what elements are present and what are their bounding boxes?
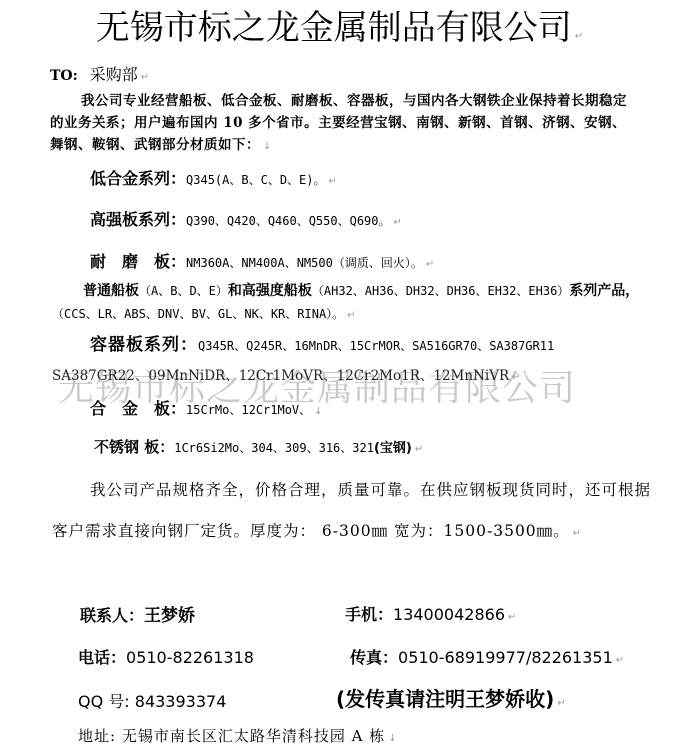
spec-container-plate: 容器板系列：Q345R、Q245R、16MnDR、15CrMOR、SA516GR…	[90, 330, 554, 355]
line-break-mark: ↓	[314, 406, 322, 417]
spec-value: 15CrMo、12Cr1MoV、	[186, 403, 311, 417]
spec-value: 1Cr6Si2Mo、304、309、316、321	[174, 441, 374, 455]
ship-label-1: 普通船板	[83, 283, 139, 299]
company-title: 无锡市标之龙金属制品有限公司↵	[0, 0, 679, 49]
to-value: 采购部	[90, 65, 138, 84]
ship-label-2: 和高强度船板	[228, 283, 312, 299]
intro-text: 我公司专业经营船板、低合金板、耐磨板、容器板，与国内各大钢铁企业保持着长期稳定的…	[50, 93, 627, 153]
qq-label: QQ 号:	[78, 692, 130, 711]
contact-phone: 电话：0510-82261318	[78, 645, 254, 668]
contact-person-label: 联系人：	[80, 606, 144, 625]
spec-value: NM360A、NM400A、NM500（调质、回火）。	[186, 256, 423, 270]
spec-stainless-plate: 不锈钢 板：1Cr6Si2Mo、304、309、316、321(宝钢)↵	[94, 436, 423, 457]
paragraph-mark: ↵	[512, 372, 520, 383]
contact-person-name: 王梦娇	[144, 606, 195, 626]
spec-label: 容器板系列：	[90, 335, 198, 355]
phone-label: 电话：	[78, 648, 126, 667]
contact-mobile: 手机：13400042866↵	[345, 602, 516, 625]
products-paragraph: 我公司产品规格齐全，价格合理，质量可靠。在供应钢板现货同时，还可根据客户需求直接…	[52, 470, 652, 554]
paragraph-mark: ↵	[575, 31, 583, 42]
paragraph-mark: ↵	[616, 655, 624, 666]
spec-value: Q390、Q420、Q460、Q550、Q690。	[186, 214, 391, 228]
paragraph-mark: ↵	[426, 259, 434, 270]
fax-note-text: (发传真请注明王梦娇收)	[336, 687, 554, 711]
ship-label-3: 系列产品，	[569, 283, 639, 299]
spec-low-alloy: 低合金系列：Q345(A、B、C、D、E)。↵	[90, 166, 337, 189]
address-value: 无锡市南长区汇太路华清科技园 A 栋	[122, 727, 385, 745]
spec-label: 低合金系列：	[90, 169, 186, 188]
spec-label: 不锈钢 板：	[94, 438, 174, 456]
intro-paragraph: 我公司专业经营船板、低合金板、耐磨板、容器板，与国内各大钢铁企业保持着长期稳定的…	[50, 90, 640, 158]
spec-ship-plate: 普通船板（A、B、D、E）和高强度船板（AH32、AH36、DH32、DH36、…	[52, 280, 652, 327]
contact-address: 地址: 无锡市南长区汇太路华清科技园 A 栋↓	[78, 725, 398, 746]
line-break-mark: ↓	[263, 141, 272, 152]
contact-fax: 传真：0510-68919977/82261351↵	[350, 645, 624, 668]
spec-container-plate-cont: SA387GR22、09MnNiDR、12Cr1MoVR、12Cr2Mo1R、1…	[52, 364, 521, 384]
contact-qq: QQ 号: 843393374	[78, 689, 226, 712]
fax-note: (发传真请注明王梦娇收)↵	[336, 683, 566, 712]
company-title-text: 无锡市标之龙金属制品有限公司	[96, 8, 572, 48]
address-label: 地址:	[78, 727, 116, 745]
spec-label: 高强板系列：	[90, 210, 186, 229]
spec-value-line1: Q345R、Q245R、16MnDR、15CrMOR、SA516GR70、SA3…	[198, 339, 554, 353]
spec-note: (宝钢)	[374, 441, 412, 456]
ship-grades-1: （A、B、D、E）	[139, 284, 228, 298]
spec-high-strength: 高强板系列：Q390、Q420、Q460、Q550、Q690。↵	[90, 207, 402, 230]
fax-label: 传真：	[350, 648, 398, 667]
paragraph-mark: ↵	[329, 176, 337, 187]
paragraph-mark: ↵	[415, 444, 423, 455]
recipient-line: TO:采购部↵	[50, 62, 149, 85]
spec-label: 耐 磨 板：	[90, 252, 186, 271]
paragraph-mark: ↵	[573, 528, 582, 539]
mobile-value: 13400042866	[393, 605, 505, 624]
spec-wear-resistant: 耐 磨 板：NM360A、NM400A、NM500（调质、回火）。↵	[90, 249, 434, 272]
to-label: TO:	[50, 68, 78, 84]
contact-person: 联系人：王梦娇	[80, 601, 195, 626]
paragraph-mark: ↵	[557, 698, 565, 709]
paragraph-mark: ↵	[347, 310, 355, 321]
spec-label: 合 金 板：	[90, 399, 186, 418]
mobile-label: 手机：	[345, 605, 393, 624]
ship-grades-2: （AH32、AH36、DH32、DH36、EH32、EH36）	[312, 284, 569, 298]
fax-value: 0510-68919977/82261351	[398, 648, 613, 667]
line-break-mark: ↓	[388, 733, 397, 744]
paragraph-mark: ↵	[141, 72, 149, 83]
qq-value: 843393374	[135, 692, 227, 711]
paragraph-mark: ↵	[394, 217, 402, 228]
spec-alloy-plate: 合 金 板：15CrMo、12Cr1MoV、↓	[90, 396, 323, 419]
spec-value: Q345(A、B、C、D、E)。	[186, 173, 325, 187]
paragraph-mark: ↵	[508, 612, 516, 623]
spec-value-line2: SA387GR22、09MnNiDR、12Cr1MoVR、12Cr2Mo1R、1…	[52, 368, 509, 384]
products-text: 我公司产品规格齐全，价格合理，质量可靠。在供应钢板现货同时，还可根据客户需求直接…	[52, 481, 651, 540]
phone-value: 0510-82261318	[126, 648, 254, 667]
ship-societies: （CCS、LR、ABS、DNV、BV、GL、NK、KR、RINA）。	[52, 307, 344, 321]
